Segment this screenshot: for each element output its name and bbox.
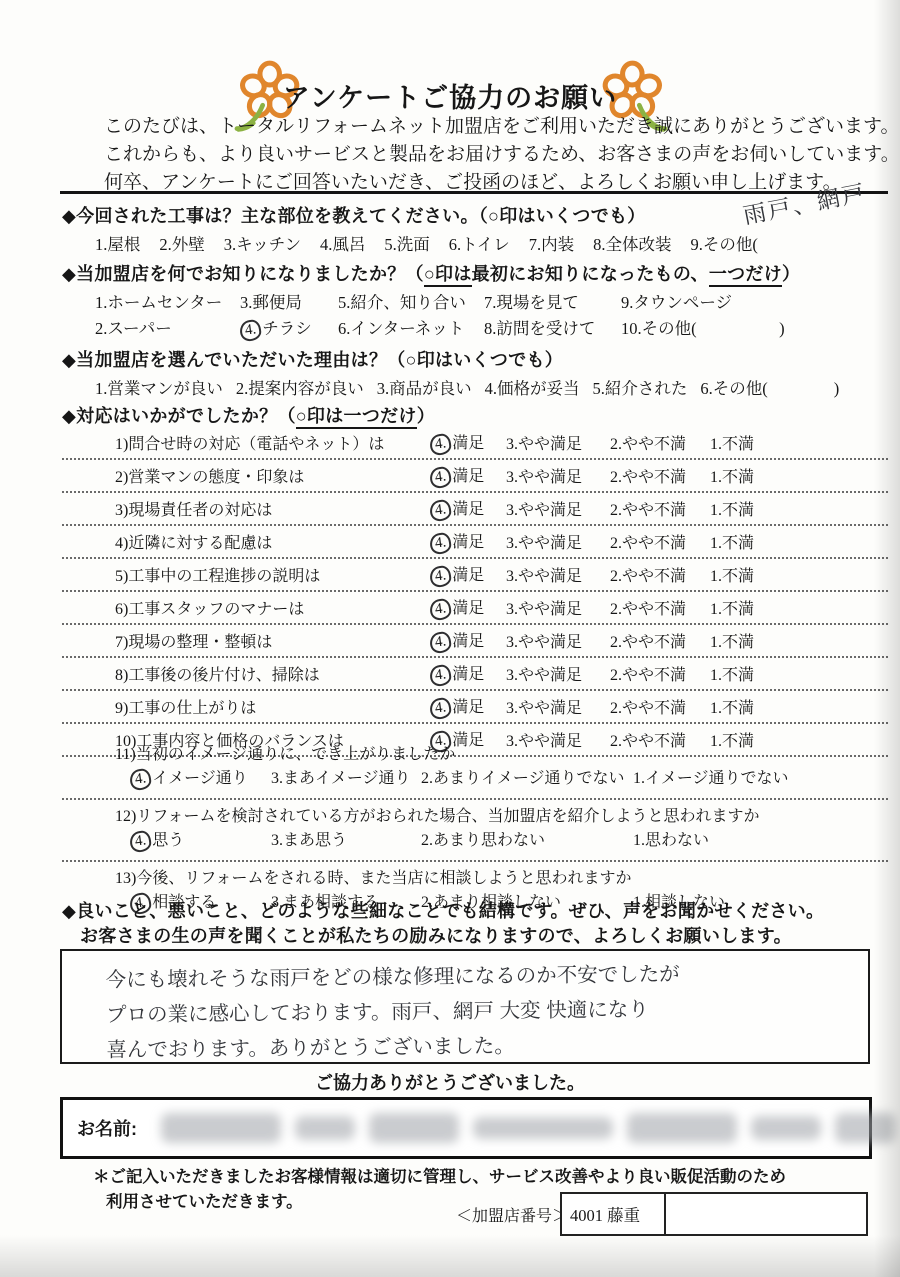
rating-question: 6)工事スタッフのマナーは [115, 596, 430, 619]
store-number-value: 4001 藤重 [562, 1194, 666, 1234]
section-source-heading: ◆当加盟店を何でお知りになりましたか？（○印は最初にお知りになったもの、一つだけ… [62, 260, 800, 286]
rating-option: 3.やや満足 [506, 695, 610, 718]
rating-selected-option: 4.満足 [430, 661, 506, 686]
rating-row: 12)リフォームを検討されている方がおられた場合、当加盟店を紹介しようと思われま… [62, 800, 888, 862]
source-option-selected: 4.チラシ [240, 315, 338, 341]
rating-option: 2.やや不満 [610, 662, 710, 685]
rating-row: 3)現場責任者の対応は 4.満足 3.やや満足 2.やや不満 1.不満 [62, 493, 888, 526]
store-number-empty-cell [666, 1194, 866, 1234]
rating-selected-label: 満足 [452, 534, 484, 551]
rating-option: 3.やや満足 [506, 563, 610, 586]
rating-option: 3.やや満足 [506, 497, 610, 520]
circled-selection-mark: 4. [239, 319, 263, 342]
comment-box: 今にも壊れそうな雨戸をどの様な修理になるのか不安でしたがプロの業に感心しておりま… [60, 949, 870, 1064]
rating-question-label: 営業マンの態度・印象は [128, 469, 304, 486]
rating-row: 2)営業マンの態度・印象は 4.満足 3.やや満足 2.やや不満 1.不満 [62, 460, 888, 493]
source-options-row2: 2.スーパー 4.チラシ 6.インターネット 8.訪問を受けて 10.その他( … [95, 315, 875, 341]
rating-selected-option: 4.イメージ通り [130, 766, 271, 791]
reason-option: 2.提案内容が良い [236, 375, 364, 399]
reason-option: 6.その他( ) [700, 375, 839, 399]
rating-option: 2.やや不満 [610, 464, 710, 487]
source-heading-text: 最初にお知りになったもの、 [472, 264, 709, 284]
source-heading-underlined: 一つだけ [709, 264, 782, 287]
rating-question-label: 問合せ時の対応（電話やネット）は [128, 436, 384, 453]
rating-option: 2.やや不満 [610, 530, 710, 553]
rating-selected-option: 4.満足 [430, 430, 506, 455]
rating-question-number: 8) [115, 667, 128, 684]
rating-options-row: 4.思う 3.まあ思う 2.あまり思わない 1.思わない [130, 828, 888, 853]
reason-option: 5.紹介された [593, 375, 688, 399]
rating-option: 1.不満 [710, 596, 754, 619]
rating-option: 1.不満 [710, 464, 754, 487]
rating-option: 1.不満 [710, 497, 754, 520]
source-heading-text: ◆当加盟店を何でお知りになりましたか？（ [62, 264, 424, 284]
source-option: 10.その他( ) [621, 315, 875, 341]
rating-question: 12)リフォームを検討されている方がおられた場合、当加盟店を紹介しようと思われま… [115, 805, 888, 828]
ratings-heading-text: ◆対応はいかがでしたか？（ [62, 406, 296, 426]
source-option: 6.インターネット [338, 315, 484, 341]
source-option: 1.ホームセンター [95, 289, 240, 313]
rating-question-number: 4) [115, 535, 128, 552]
rating-question-number: 12) [115, 808, 136, 825]
rating-question-label: 現場責任者の対応は [128, 502, 272, 519]
work-option: 8.全体改装 [593, 231, 671, 255]
rating-option: 3.やや満足 [506, 530, 610, 553]
rating-row: 5)工事中の工程進捗の説明は 4.満足 3.やや満足 2.やや不満 1.不満 [62, 559, 888, 592]
rating-question: 5)工事中の工程進捗の説明は [115, 563, 430, 586]
ratings-table: 1)問合せ時の対応（電話やネット）は 4.満足 3.やや満足 2.やや不満 1.… [62, 427, 888, 757]
circled-selection-mark: 4. [429, 565, 453, 588]
rating-question: 13)今後、リフォームをされる時、また当店に相談しようと思われますか [115, 867, 888, 890]
rating-selected-option: 4.満足 [430, 463, 506, 488]
work-option: 6.トイレ [449, 231, 510, 255]
rating-question-label: 近隣に対する配慮は [128, 535, 272, 552]
rating-selected-option: 4.満足 [430, 694, 506, 719]
rating-option: 1.イメージ通りでない [633, 766, 888, 791]
source-option: 2.スーパー [95, 315, 240, 341]
rating-option: 1.不満 [710, 695, 754, 718]
rating-selected-label: 満足 [452, 567, 484, 584]
intro-line: このたびは、トータルリフォームネット加盟店をご利用いただき誠にありがとうございま… [104, 113, 900, 141]
rating-selected-option: 4.満足 [430, 496, 506, 521]
rating-selected-option: 4.思う [130, 828, 271, 853]
work-option: 9.その他( [691, 231, 758, 255]
privacy-note-line2: 利用させていただきます。 [106, 1188, 303, 1212]
rating-question-label: 工事中の工程進捗の説明は [128, 568, 320, 585]
rating-option: 2.やや不満 [610, 596, 710, 619]
work-option: 4.風呂 [320, 231, 365, 255]
rating-option: 3.やや満足 [506, 662, 610, 685]
rating-selected-label: 満足 [452, 501, 484, 518]
rating-question: 2)営業マンの態度・印象は [115, 464, 430, 487]
rating-option: 1.不満 [710, 530, 754, 553]
work-option: 3.キッチン [224, 231, 301, 255]
rating-question: 8)工事後の後片付け、掃除は [115, 662, 430, 685]
rating-option: 2.やや不満 [610, 497, 710, 520]
circled-selection-mark: 4. [129, 768, 153, 791]
rating-row: 11)当初のイメージ通りに、でき上がりましたか 4.イメージ通り 3.まあイメー… [62, 738, 888, 800]
circled-selection-mark: 4. [429, 697, 453, 720]
store-number-label: ＜加盟店番号＞ [456, 1203, 568, 1226]
name-box: お名前: [60, 1097, 872, 1159]
rating-question-label: 工事の仕上がりは [128, 700, 256, 717]
rating-option: 1.不満 [710, 563, 754, 586]
rating-question-number: 6) [115, 601, 128, 618]
rating-question-label: 工事後の後片付け、掃除は [128, 667, 319, 684]
rating-selected-label: 満足 [452, 666, 484, 683]
circled-selection-mark: 4. [429, 532, 453, 555]
rating-option: 3.やや満足 [506, 596, 610, 619]
rating-selected-label: イメージ通り [152, 770, 248, 787]
source-option: 8.訪問を受けて [484, 315, 621, 341]
rating-question: 7)現場の整理・整頓は [115, 629, 430, 652]
rating-options-row: 4.イメージ通り 3.まあイメージ通り 2.あまりイメージ通りでない 1.イメー… [130, 766, 888, 791]
rating-option: 3.やや満足 [506, 629, 610, 652]
rating-option: 3.まあイメージ通り [271, 766, 421, 791]
scan-edge-shadow [0, 1235, 900, 1277]
rating-question-number: 2) [115, 469, 128, 486]
source-heading-underlined: ○印は [424, 264, 472, 287]
rating-question-label: リフォームを検討されている方がおられた場合、当加盟店を紹介しようと思われますか [136, 808, 759, 825]
store-number-table: 4001 藤重 [560, 1192, 868, 1236]
rating-question-number: 5) [115, 568, 128, 585]
circled-selection-mark: 4. [129, 830, 153, 853]
comments-heading-line1: ◆良いこと、悪いこと、どのような些細なことでも結構です。ぜひ、声をお聞かせくださ… [62, 897, 824, 923]
circled-selection-mark: 4. [429, 466, 453, 489]
work-option: 5.洗面 [384, 231, 429, 255]
rating-question: 3)現場責任者の対応は [115, 497, 430, 520]
intro-paragraph: このたびは、トータルリフォームネット加盟店をご利用いただき誠にありがとうございま… [104, 113, 900, 197]
rating-question: 1)問合せ時の対応（電話やネット）は [115, 431, 430, 454]
rating-question-label: 工事スタッフのマナーは [128, 601, 304, 618]
source-option: 5.紹介、知り合い [338, 289, 484, 313]
rating-question-number: 3) [115, 502, 128, 519]
rating-question-number: 11) [115, 746, 136, 763]
handwritten-comment: 今にも壊れそうな雨戸をどの様な修理になるのか不安でしたがプロの業に感心しておりま… [61, 947, 868, 1068]
source-heading-text: ） [782, 264, 800, 284]
rating-row: 6)工事スタッフのマナーは 4.満足 3.やや満足 2.やや不満 1.不満 [62, 592, 888, 625]
rating-question: 4)近隣に対する配慮は [115, 530, 430, 553]
rating-option: 1.思わない [633, 828, 888, 853]
ratings-heading-underlined: ○印は一つだけ [296, 406, 417, 429]
section-reason-heading: ◆当加盟店を選んでいただいた理由は？（○印はいくつでも） [62, 346, 563, 372]
reason-options-row: 1.営業マンが良い2.提案内容が良い3.商品が良い4.価格が妥当5.紹介された6… [95, 375, 839, 399]
rating-selected-label: 満足 [452, 435, 484, 452]
rating-option: 1.不満 [710, 431, 754, 454]
rating-selected-label: 満足 [452, 468, 484, 485]
circled-selection-mark: 4. [429, 598, 453, 621]
rating-option: 2.あまりイメージ通りでない [421, 766, 633, 791]
rating-selected-label: 満足 [452, 633, 484, 650]
rating-option: 3.やや満足 [506, 431, 610, 454]
rating-question: 11)当初のイメージ通りに、でき上がりましたか [115, 743, 888, 766]
rating-row: 9)工事の仕上がりは 4.満足 3.やや満足 2.やや不満 1.不満 [62, 691, 888, 724]
rating-option: 3.まあ思う [271, 828, 421, 853]
page-title: アンケートご協力のお願い [0, 76, 900, 115]
rating-question-label: 今後、リフォームをされる時、また当店に相談しようと思われますか [136, 870, 631, 887]
work-option: 7.内装 [529, 231, 574, 255]
rating-selected-label: 満足 [452, 699, 484, 716]
rating-question-label: 現場の整理・整頓は [128, 634, 272, 651]
intro-line: これからも、より良いサービスと製品をお届けするため、お客さまの声をお伺いしていま… [104, 141, 900, 169]
ratings-wide-rows: 11)当初のイメージ通りに、でき上がりましたか 4.イメージ通り 3.まあイメー… [62, 738, 888, 922]
rating-question-label: 当初のイメージ通りに、でき上がりましたか [136, 746, 456, 763]
circled-selection-mark: 4. [429, 433, 453, 456]
rating-selected-label: 満足 [452, 600, 484, 617]
privacy-note-line1: ＊ご記入いただきましたお客様情報は適切に管理し、サービス改善やより良い販促活動の… [93, 1163, 786, 1187]
comments-heading-line2: お客さまの生の声を聞くことが私たちの励みになりますので、よろしくお願いします。 [80, 922, 792, 948]
source-option: 9.タウンページ [621, 289, 875, 313]
rating-row: 1)問合せ時の対応（電話やネット）は 4.満足 3.やや満足 2.やや不満 1.… [62, 427, 888, 460]
reason-option: 4.価格が妥当 [485, 375, 580, 399]
name-label: お名前: [77, 1115, 137, 1141]
rating-row: 8)工事後の後片付け、掃除は 4.満足 3.やや満足 2.やや不満 1.不満 [62, 658, 888, 691]
rating-selected-label: 思う [152, 832, 184, 849]
rating-selected-option: 4.満足 [430, 562, 506, 587]
work-options-row: 1.屋根2.外壁3.キッチン4.風呂5.洗面6.トイレ7.内装8.全体改装9.そ… [95, 231, 758, 255]
circled-selection-mark: 4. [429, 499, 453, 522]
name-value-redacted [161, 1113, 895, 1143]
rating-option: 1.不満 [710, 629, 754, 652]
rating-question-number: 1) [115, 436, 128, 453]
rating-selected-option: 4.満足 [430, 529, 506, 554]
rating-question: 9)工事の仕上がりは [115, 695, 430, 718]
rating-option: 3.やや満足 [506, 464, 610, 487]
circled-selection-mark: 4. [429, 664, 453, 687]
rating-option: 2.やや不満 [610, 695, 710, 718]
section-work-heading: ◆今回された工事は？主な部位を教えてください。（○印はいくつでも） [62, 202, 646, 228]
rating-question-number: 13) [115, 870, 136, 887]
reason-option: 3.商品が良い [377, 375, 472, 399]
scanned-survey-form: アンケートご協力のお願い このたびは、トータルリフォームネット加盟店をご利用いた… [0, 0, 900, 1277]
source-option: 7.現場を見て [484, 289, 621, 313]
rating-question-number: 7) [115, 634, 128, 651]
source-option: 3.郵便局 [240, 289, 338, 313]
rating-option: 2.あまり思わない [421, 828, 633, 853]
closing-message: ご協力ありがとうございました。 [0, 1069, 900, 1095]
handwritten-comment-line: 喜んでおります。ありがとうございました。 [106, 1025, 868, 1068]
rating-option: 2.やや不満 [610, 563, 710, 586]
work-option: 1.屋根 [95, 231, 140, 255]
circled-selection-mark: 4. [429, 631, 453, 654]
rating-option: 1.不満 [710, 662, 754, 685]
rating-option: 2.やや不満 [610, 431, 710, 454]
rating-option: 2.やや不満 [610, 629, 710, 652]
source-options-row1: 1.ホームセンター3.郵便局5.紹介、知り合い7.現場を見て9.タウンページ [95, 289, 875, 313]
source-option-label: チラシ [262, 319, 312, 338]
rating-row: 7)現場の整理・整頓は 4.満足 3.やや満足 2.やや不満 1.不満 [62, 625, 888, 658]
rating-question-number: 9) [115, 700, 128, 717]
work-option: 2.外壁 [159, 231, 204, 255]
rating-selected-option: 4.満足 [430, 595, 506, 620]
ratings-heading: ◆対応はいかがでしたか？（○印は一つだけ） [62, 402, 435, 428]
ratings-heading-text: ） [417, 406, 435, 426]
reason-option: 1.営業マンが良い [95, 375, 223, 399]
rating-row: 4)近隣に対する配慮は 4.満足 3.やや満足 2.やや不満 1.不満 [62, 526, 888, 559]
rating-selected-option: 4.満足 [430, 628, 506, 653]
